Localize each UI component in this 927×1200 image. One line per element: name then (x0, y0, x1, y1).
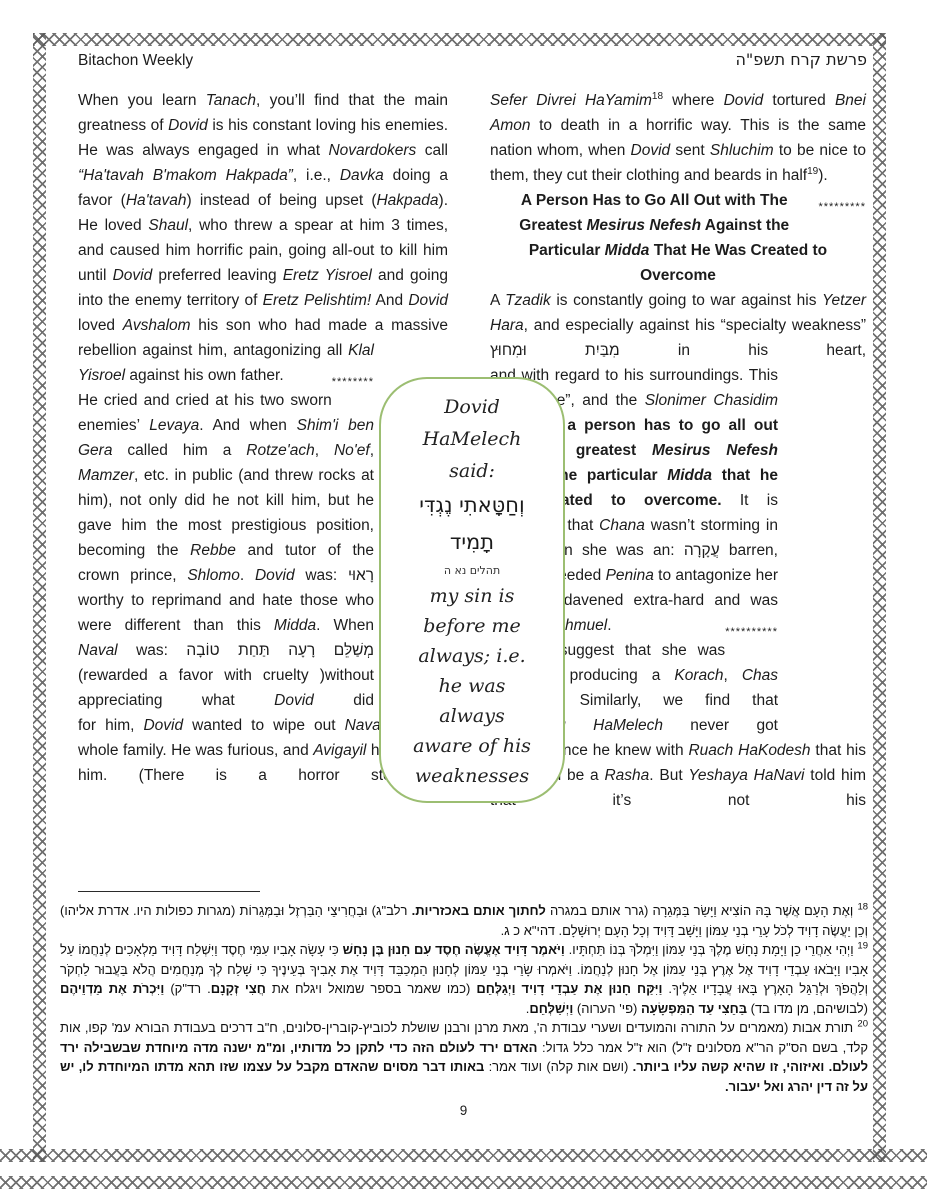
footnote-divider (78, 891, 260, 892)
quote-intro-line: Dovid (381, 391, 563, 423)
translation-line: my sin is (381, 581, 563, 611)
document-page: Bitachon Weekly פרשת קרח תשפ"ה When you … (0, 0, 927, 1200)
quote-source: תהלים נא ה (381, 561, 563, 581)
decorative-border-left (33, 33, 46, 1162)
parsha-date-header: פרשת קרח תשפ"ה (735, 50, 867, 69)
paragraph: When you learn Tanach, you’ll find that … (78, 88, 448, 338)
hebrew-verse-line: תָמִיד (381, 524, 563, 561)
quote-intro-line: HaMelech (381, 423, 563, 455)
decorative-border-right (873, 33, 886, 1162)
translation-line: weaknesses (381, 761, 563, 791)
footnote-19: 19 וַיְהִי אַחֲרֵי כֵן וַיָּמָת נָחָשׁ מ… (60, 940, 868, 1018)
paragraph: rebellion against him, antagonizing all … (78, 338, 374, 388)
translation-line: he was (381, 671, 563, 701)
footnote-18: 18 וְאֶת הָעָם אֲשֶׁר בָּהּ הוֹצִיא וַיָ… (60, 901, 868, 940)
decorative-border-top (33, 33, 886, 46)
translation-line: always; i.e. (381, 641, 563, 671)
publication-title: Bitachon Weekly (78, 52, 193, 70)
translation-line: before me (381, 611, 563, 641)
paragraph: He cried and cried at his two sworn enem… (78, 388, 374, 713)
quote-hebrew-verse: וְחַטָּאתִי נֶגְדִּי תָמִיד (381, 487, 563, 561)
footnotes-section: 18 וְאֶת הָעָם אֲשֶׁר בָּהּ הוֹצִיא וַיָ… (60, 901, 868, 1096)
quote-box: Dovid HaMelech said: וְחַטָּאתִי נֶגְדִּ… (379, 377, 565, 803)
hebrew-verse-line: וְחַטָּאתִי נֶגְדִּי (381, 487, 563, 524)
section-heading: A Person Has to Go All Out with The Grea… (490, 188, 866, 288)
decorative-border-bottom (0, 1149, 927, 1162)
translation-line: always (381, 701, 563, 731)
quote-translation: my sin is before me always; i.e. he was … (381, 581, 563, 791)
quote-intro: Dovid HaMelech said: (381, 391, 563, 487)
page-number: 9 (0, 1103, 927, 1118)
paragraph: A Tzadik is constantly going to war agai… (490, 288, 866, 363)
quote-intro-line: said: (381, 455, 563, 487)
footnote-20: 20 תורת אבות (מאמרים על התורה והמועדים ו… (60, 1018, 868, 1096)
decorative-border-bottom-edge (0, 1176, 927, 1189)
paragraph: Sefer Divrei HaYamim18 where Dovid tortu… (490, 88, 866, 188)
translation-line: aware of his (381, 731, 563, 761)
